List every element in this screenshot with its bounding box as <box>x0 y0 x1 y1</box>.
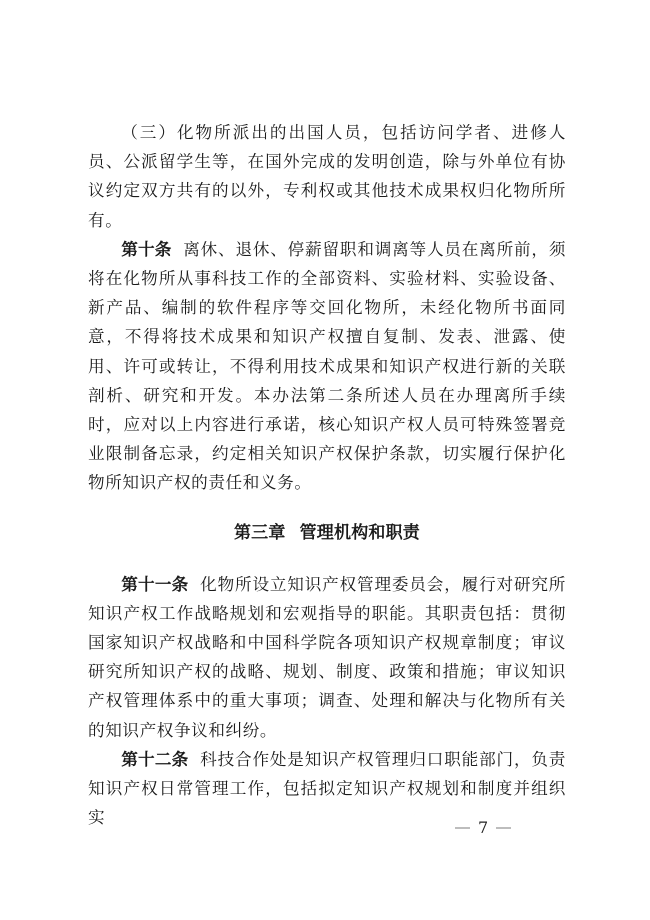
page-number-value: 7 <box>478 818 488 837</box>
dash-left <box>455 827 470 829</box>
paragraph-clause-3: （三）化物所派出的出国人员，包括访问学者、进修人员、公派留学生等，在国外完成的发… <box>88 118 566 235</box>
paragraph-text: （三）化物所派出的出国人员，包括访问学者、进修人员、公派留学生等，在国外完成的发… <box>88 123 566 230</box>
chapter-title: 管理机构和职责 <box>300 523 420 543</box>
chapter-heading: 第三章管理机构和职责 <box>88 519 566 548</box>
paragraph-article-11: 第十一条化物所设立知识产权管理委员会，履行对研究所知识产权工作战略规划和宏观指导… <box>88 570 566 745</box>
paragraph-text: 化物所设立知识产权管理委员会，履行对研究所知识产权工作战略规划和宏观指导的职能。… <box>88 575 566 740</box>
paragraph-article-10: 第十条离休、退休、停薪留职和调离等人员在离所前，须将在化物所从事科技工作的全部资… <box>88 235 566 498</box>
article-number: 第十一条 <box>121 575 188 594</box>
article-number: 第十二条 <box>121 750 188 769</box>
page-number: 7 <box>455 818 511 837</box>
article-number: 第十条 <box>121 240 171 259</box>
dash-right <box>496 827 511 829</box>
document-page: （三）化物所派出的出国人员，包括访问学者、进修人员、公派留学生等，在国外完成的发… <box>88 118 566 832</box>
paragraph-text: 离休、退休、停薪留职和调离等人员在离所前，须将在化物所从事科技工作的全部资料、实… <box>88 240 566 493</box>
chapter-number: 第三章 <box>234 523 286 543</box>
